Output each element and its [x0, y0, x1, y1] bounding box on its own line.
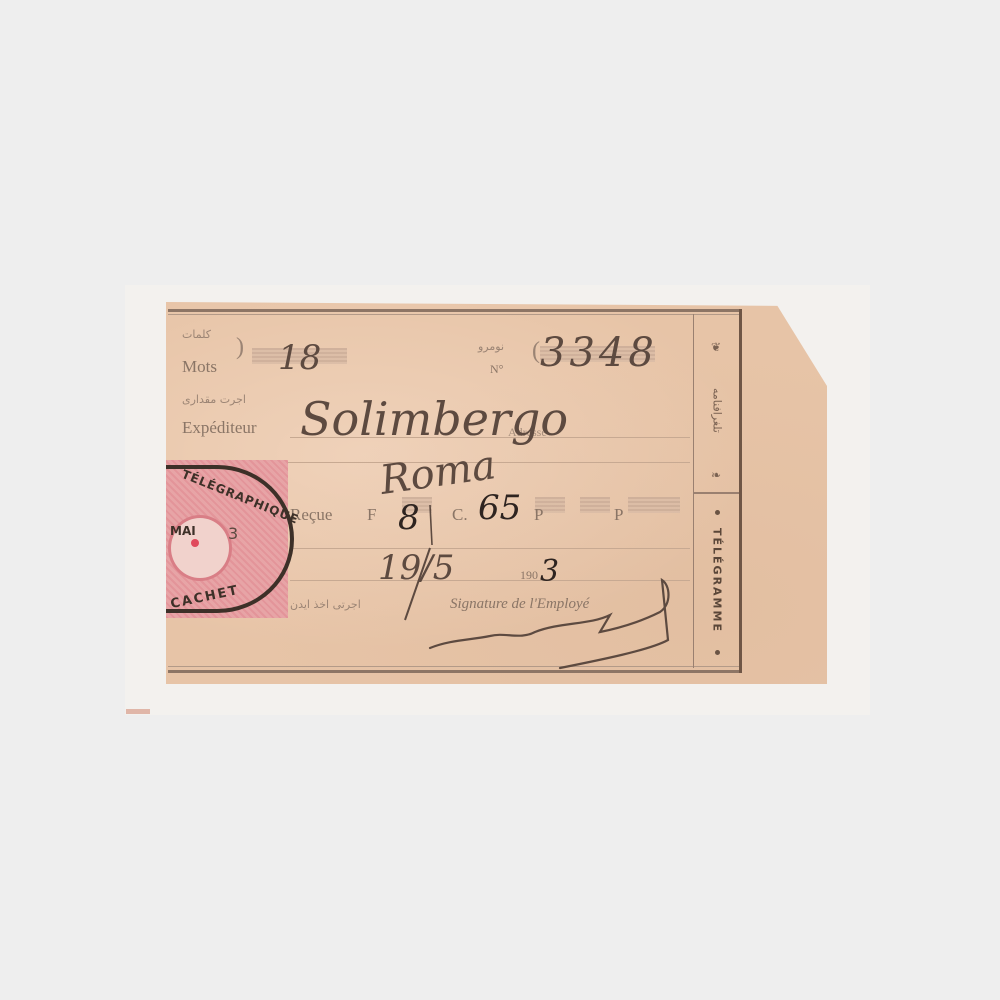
- postmark-day: 3: [228, 524, 238, 543]
- centime-value: 65: [478, 488, 521, 528]
- para-label: P: [614, 505, 623, 525]
- numero-brace: (: [532, 338, 540, 365]
- frame-border-top-inner: [168, 314, 742, 315]
- ornament-bottom-icon: ❧: [711, 468, 721, 482]
- numero-label: N°: [490, 362, 503, 377]
- bullet-icon: [715, 650, 720, 655]
- mots-label-arabic: كلمات: [182, 328, 211, 341]
- side-title: TÉLÉGRAMME: [705, 505, 729, 655]
- side-panel-border: [693, 314, 694, 668]
- signature-label-arabic: اجرتى اخذ ايدن: [290, 598, 361, 611]
- expediteur-label: Expéditeur: [182, 418, 257, 438]
- piastre-label: P: [534, 505, 543, 525]
- centime-label: C.: [452, 505, 468, 525]
- expediteur-value: Solimbergo: [300, 392, 568, 446]
- expediteur-label-arabic: اجرت مقدارى: [182, 393, 246, 406]
- rule-date: [290, 580, 690, 581]
- para-value-box: [628, 497, 680, 513]
- numero-label-arabic: نومرو: [478, 340, 504, 353]
- franc-label: F: [367, 505, 376, 525]
- frame-border-bottom: [168, 670, 742, 673]
- mots-brace: ): [236, 334, 244, 361]
- year-printed: 190: [520, 568, 538, 583]
- piastre-value-box: [580, 497, 610, 513]
- ornament-top-icon: ❦: [711, 340, 721, 354]
- frame-border-top: [168, 309, 742, 312]
- year-handwritten: 3: [540, 554, 559, 589]
- franc-value: 8: [398, 498, 420, 538]
- side-panel-divider: [694, 492, 739, 494]
- signature-label: Signature de l'Employé: [450, 596, 589, 613]
- mots-value: 18: [278, 338, 321, 378]
- date-value: 19/5: [378, 548, 454, 588]
- frame-border-right: [739, 309, 742, 673]
- side-title-arabic: تلغرافنامه: [705, 355, 729, 465]
- mots-label: Mots: [182, 357, 217, 377]
- postmark-month: MAI: [170, 524, 196, 538]
- frame-border-bottom-inner: [168, 666, 742, 667]
- rule-taxe: [290, 548, 690, 549]
- edge-mark: [126, 709, 150, 714]
- numero-value: 3348: [540, 330, 658, 376]
